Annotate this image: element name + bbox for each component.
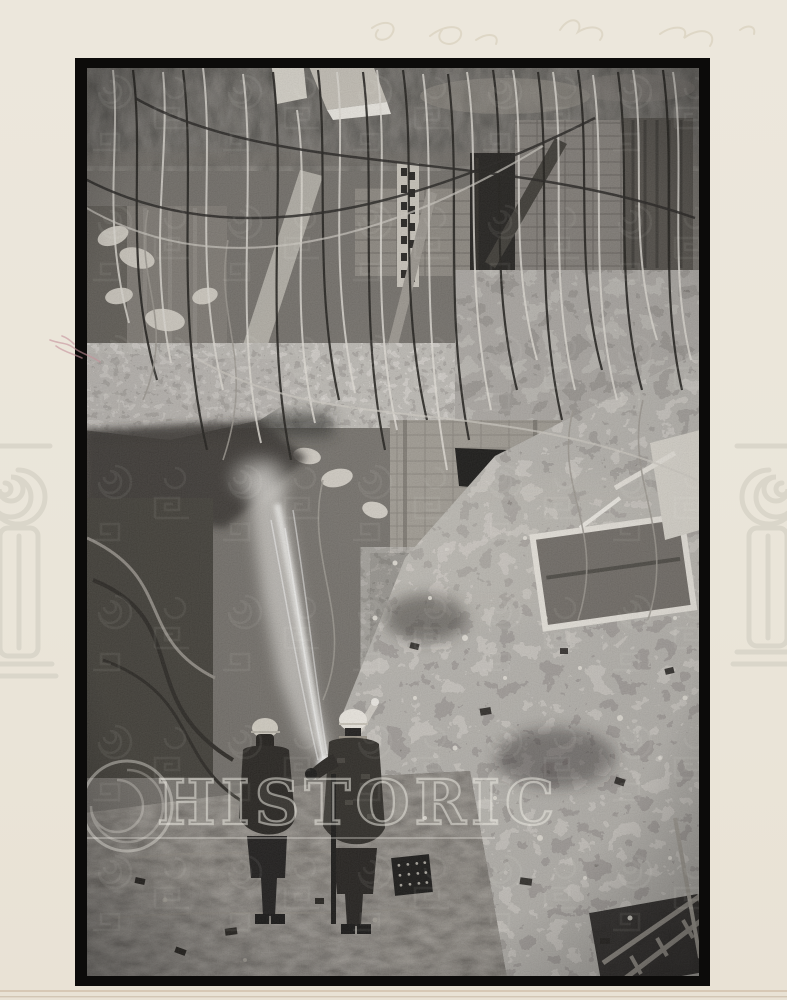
watermark-overlay: HISTORIC [82, 66, 702, 978]
photo-content: HISTORIC [82, 60, 715, 990]
scan-canvas: HISTORIC [0, 0, 787, 1000]
ionic-column-icon-right [733, 446, 787, 664]
pencil-note-marks [372, 20, 754, 46]
ionic-column-icon-left [0, 446, 56, 676]
mount-bottom-edge [0, 990, 787, 997]
photograph: HISTORIC [75, 58, 715, 990]
photo-scan: HISTORIC [0, 0, 787, 1000]
watermark-text: HISTORIC [157, 766, 559, 839]
watermark-pattern [83, 66, 702, 978]
